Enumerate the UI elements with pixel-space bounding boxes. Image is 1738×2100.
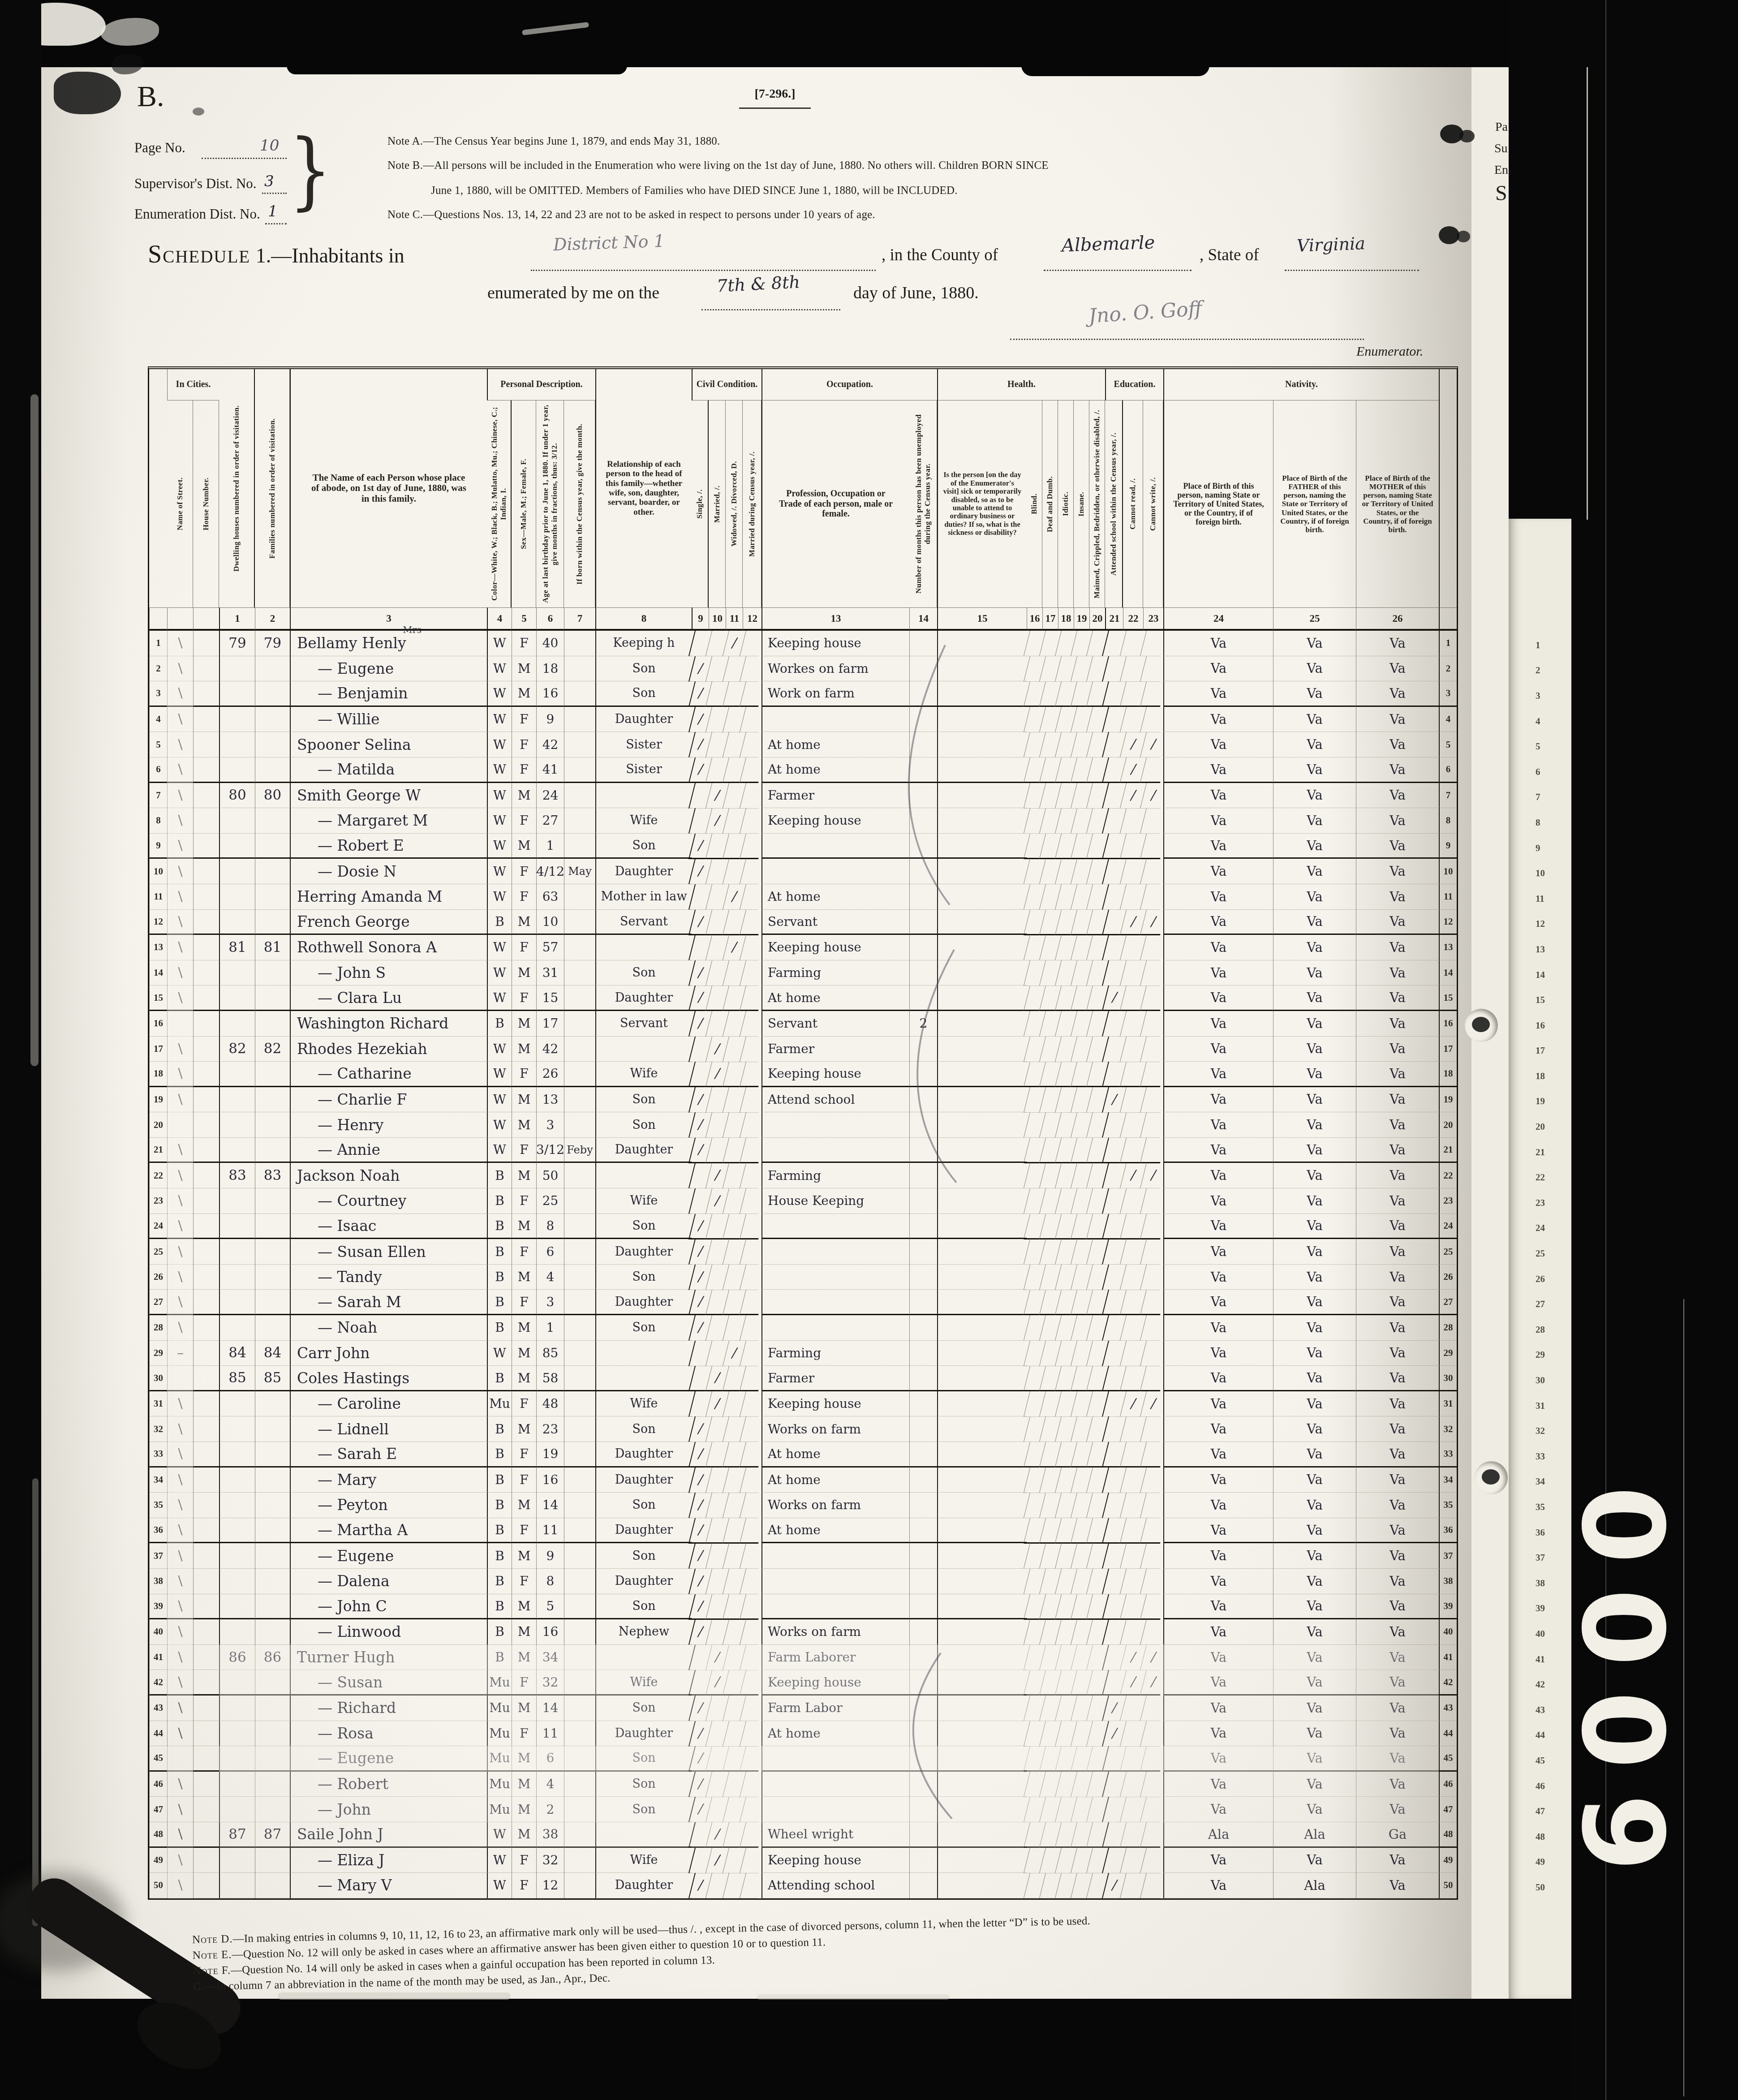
cell-fam-row19 [255,1087,290,1113]
cell-mbp-row7: Va [1356,783,1439,809]
cell-rel-row35: Son [595,1493,692,1518]
form-code: [7-296.] [735,87,815,101]
cell-name-row15: — Clara Lu [290,985,487,1011]
cell-age-row46: 4 [536,1772,564,1797]
cell-color-row39: B [487,1594,512,1620]
cell-blank-row31 [193,1391,219,1417]
cell-tick-row11: \ [167,884,193,910]
cell-dw-row28 [219,1315,255,1341]
cell-sex-row15: F [512,985,536,1011]
cell-dw-row47 [219,1797,255,1822]
col-dwelling-head: Dwelling houses numbered in order of vis… [219,369,255,607]
cell-blank-row29 [193,1341,219,1366]
cell-age-row38: 8 [536,1569,564,1594]
cell-blank-row39 [193,1594,219,1620]
sliver-row-number: 43 [1536,1697,1545,1723]
cell-n-row14: 14 [1439,960,1457,986]
cell-age-row3: 16 [536,681,564,707]
cell-n-row50: 50 [149,1873,167,1898]
cell-name-row5: Spooner Selina [290,732,487,757]
cell-n-row15: 15 [1439,985,1457,1011]
column-number: 22 [1123,607,1143,631]
cell-n-row26: 26 [1439,1265,1457,1290]
cell-n-row24: 24 [1439,1214,1457,1239]
column-number [193,607,219,631]
cell-sex-row32: M [512,1416,536,1442]
cell-n-row13: 13 [1439,935,1457,960]
cell-fam-row47 [255,1797,290,1822]
cell-fbp-row32: Va [1273,1416,1356,1442]
column-number: 20 [1089,607,1105,631]
cell-sex-row5: F [512,732,536,757]
cell-age-row35: 14 [536,1493,564,1518]
col-blind-head: Blind. [1027,400,1042,607]
cell-color-row9: W [487,834,512,859]
cell-fam-row6 [255,757,290,783]
cell-dw-row35 [219,1493,255,1518]
next-page-fragment-1: Pa [1495,120,1508,134]
cell-blank-row27 [193,1290,219,1315]
cell-age-row16: 17 [536,1011,564,1037]
cell-name-row26: — Tandy [290,1265,487,1290]
cell-fam-row13: 81 [255,935,290,960]
cell-mo-row20 [564,1112,595,1138]
cell-fam-row33 [255,1442,290,1467]
cell-bp-row24: Va [1163,1214,1273,1239]
cell-mbp-row42: Va [1356,1670,1439,1695]
cell-rel-row36: Daughter [595,1518,692,1544]
punch-hole-center [1482,1469,1500,1485]
sliver-row-number: 36 [1536,1520,1545,1545]
cell-age-row15: 15 [536,985,564,1011]
cell-mo-row49 [564,1848,595,1873]
pen-flourish [878,636,1012,1846]
county-line [1044,270,1192,271]
cell-mbp-row43: Va [1356,1695,1439,1721]
sliver-row-number: 37 [1536,1545,1545,1571]
cell-dw-row45 [219,1746,255,1772]
sliver-row-number: 23 [1536,1190,1545,1216]
cell-n-row4: 4 [1439,707,1457,732]
cell-blank-row50 [193,1873,219,1898]
cell-fbp-row36: Va [1273,1518,1356,1544]
sliver-row-number: 1 [1536,633,1545,658]
cell-mbp-row5: Va [1356,732,1439,757]
cell-sex-row22: M [512,1163,536,1188]
cell-mo-row12 [564,910,595,935]
note-e-label: Note E. [193,1949,232,1962]
cell-age-row1: 40 [536,631,564,656]
column-number: 24 [1163,607,1273,631]
group-health: Health. [937,369,1105,400]
cell-fbp-row15: Va [1273,985,1356,1011]
cell-fam-row35 [255,1493,290,1518]
cell-color-row49: W [487,1848,512,1873]
cell-tick-row27: \ [167,1290,193,1315]
film-reel-number: 6000 [1545,1420,1707,1913]
cell-sex-row33: F [512,1442,536,1467]
cell-fam-row18 [255,1062,290,1087]
cell-n-row11: 11 [149,884,167,910]
cell-mo-row9 [564,834,595,859]
cell-age-row29: 85 [536,1341,564,1366]
cell-sex-row4: F [512,707,536,732]
cell-n-row12: 12 [1439,910,1457,935]
cell-mo-row42 [564,1670,595,1695]
cell-blank-row38 [193,1569,219,1594]
cell-mo-row40 [564,1619,595,1645]
cell-age-row36: 11 [536,1518,564,1544]
cell-mbp-row45: Va [1356,1746,1439,1772]
cell-fam-row20 [255,1112,290,1138]
cell-age-row26: 4 [536,1265,564,1290]
cell-dw-row5 [219,732,255,757]
cell-n-row5: 5 [149,732,167,757]
cell-n-row19: 19 [1439,1087,1457,1113]
cell-mbp-row26: Va [1356,1265,1439,1290]
cell-mo-row33 [564,1442,595,1467]
cell-sex-row38: F [512,1569,536,1594]
cell-color-row45: Mu [487,1746,512,1772]
torn-edge-highlight [30,394,39,1066]
cell-age-row44: 11 [536,1721,564,1747]
cell-age-row31: 48 [536,1391,564,1417]
cell-tick-row4: \ [167,707,193,732]
cell-bp-row1: Va [1163,631,1273,656]
cell-age-row49: 32 [536,1848,564,1873]
cell-fbp-row14: Va [1273,960,1356,986]
cell-n-row17: 17 [1439,1037,1457,1062]
sliver-row-number: 21 [1536,1140,1545,1165]
sliver-row-number: 33 [1536,1444,1545,1469]
cell-color-row50: W [487,1873,512,1898]
fastener-mark [1439,226,1459,244]
col-insane-head: Insane. [1074,400,1089,607]
cell-color-row31: Mu [487,1391,512,1417]
cell-rel-row32: Son [595,1416,692,1442]
cell-n-row20: 20 [149,1112,167,1138]
cell-mbp-row6: Va [1356,757,1439,783]
cell-sex-row10: F [512,859,536,884]
supervisor-dist-label: Supervisor's Dist. No. [134,176,257,192]
cell-sex-row7: M [512,783,536,809]
cell-name-row14: — John S [290,960,487,986]
cell-sex-row3: M [512,681,536,707]
cell-tick-row12: \ [167,910,193,935]
cell-n-row39: 39 [1439,1594,1457,1620]
cell-tick-row22: \ [167,1163,193,1188]
cell-n-row38: 38 [1439,1569,1457,1594]
cell-mo-row47 [564,1797,595,1822]
cell-fbp-row18: Va [1273,1062,1356,1087]
cell-n-row3: 3 [1439,681,1457,707]
cell-tick-row23: \ [167,1188,193,1214]
cell-fbp-row49: Va [1273,1848,1356,1873]
cell-n-row45: 45 [149,1746,167,1772]
cell-blank-row3 [193,681,219,707]
cell-mo-row43 [564,1695,595,1721]
cell-blank-row16 [193,1011,219,1037]
cell-tick-row41: \ [167,1645,193,1670]
cell-fam-row17: 82 [255,1037,290,1062]
cell-fam-row24 [255,1214,290,1239]
cell-fam-row10 [255,859,290,884]
cell-bp-row5: Va [1163,732,1273,757]
cell-sex-row40: M [512,1619,536,1645]
cell-sex-row20: M [512,1112,536,1138]
cell-fbp-row25: Va [1273,1239,1356,1265]
cell-fbp-row7: Va [1273,783,1356,809]
cell-dw-row6 [219,757,255,783]
cell-n-row34: 34 [1439,1467,1457,1493]
cell-mbp-row29: Va [1356,1341,1439,1366]
cell-blank-row9 [193,834,219,859]
cell-mbp-row27: Va [1356,1290,1439,1315]
cell-name-row46: — Robert [290,1772,487,1797]
cell-sex-row44: F [512,1721,536,1747]
cell-tick-row37: \ [167,1543,193,1569]
group-in-cities: In Cities. [167,369,219,400]
cell-dw-row24 [219,1214,255,1239]
cell-blank-row4 [193,707,219,732]
cell-bp-row48: Ala [1163,1822,1273,1848]
cell-name-row6: — Matilda [290,757,487,783]
cell-mbp-row10: Va [1356,859,1439,884]
cell-color-row10: W [487,859,512,884]
cell-fam-row7: 80 [255,783,290,809]
cell-bp-row32: Va [1163,1416,1273,1442]
sliver-row-number: 5 [1536,734,1545,759]
cell-dw-row8 [219,808,255,834]
cell-bp-row50: Va [1163,1873,1273,1898]
cell-dw-row43 [219,1695,255,1721]
sliver-row-number: 50 [1536,1875,1545,1900]
col-cannot-read-head: Cannot read, /. [1123,400,1143,607]
ink-blotch [54,72,121,114]
cell-fbp-row43: Va [1273,1695,1356,1721]
cell-fbp-row6: Va [1273,757,1356,783]
cell-n-row10: 10 [149,859,167,884]
cell-mo-row50 [564,1873,595,1898]
cell-tick-row43: \ [167,1695,193,1721]
cell-n-row6: 6 [149,757,167,783]
cell-n-row18: 18 [1439,1062,1457,1087]
cell-fbp-row22: Va [1273,1163,1356,1188]
cell-n-row27: 27 [1439,1290,1457,1315]
column-number: 18 [1058,607,1074,631]
enumeration-dist-value: 1 [268,202,278,220]
cell-color-row35: B [487,1493,512,1518]
cell-mbp-row31: Va [1356,1391,1439,1417]
cell-fbp-row33: Va [1273,1442,1356,1467]
torn-edge-highlight [32,1478,39,1926]
cell-bp-row28: Va [1163,1315,1273,1341]
cell-bp-row13: Va [1163,935,1273,960]
cell-rel-row20: Son [595,1112,692,1138]
note-d-label: Note D. [192,1933,233,1946]
cell-age-row48: 38 [536,1822,564,1848]
cell-age-row30: 58 [536,1366,564,1391]
cell-fam-row15 [255,985,290,1011]
cell-name-row12: French George [290,910,487,935]
cell-color-row40: B [487,1619,512,1645]
cell-n-row16: 16 [149,1011,167,1037]
cell-blank-row26 [193,1265,219,1290]
cell-bp-row15: Va [1163,985,1273,1011]
cell-mbp-row36: Va [1356,1518,1439,1544]
cell-age-row7: 24 [536,783,564,809]
cell-color-row42: Mu [487,1670,512,1695]
cell-color-row33: B [487,1442,512,1467]
cell-fam-row16 [255,1011,290,1037]
sliver-row-number: 9 [1536,835,1545,861]
page-no-value: 10 [260,137,279,155]
rownum-right-head [1439,369,1457,631]
cell-rel-row9: Son [595,834,692,859]
cell-mbp-row19: Va [1356,1087,1439,1113]
cell-rel-row25: Daughter [595,1239,692,1265]
cell-dw-row22: 83 [219,1163,255,1188]
cell-mo-row31 [564,1391,595,1417]
cell-mbp-row39: Va [1356,1594,1439,1620]
cell-fbp-row2: Va [1273,656,1356,682]
cell-n-row33: 33 [1439,1442,1457,1467]
cell-fbp-row40: Va [1273,1619,1356,1645]
cell-mo-row13 [564,935,595,960]
col-sex-head: Sex—Male, M.; Female, F. [512,400,536,607]
cell-age-row14: 31 [536,960,564,986]
cell-n-row34: 34 [149,1467,167,1493]
cell-n-row7: 7 [149,783,167,809]
district-value: District No 1 [553,231,665,255]
cell-name-row41: Turner Hugh [290,1645,487,1670]
group-education: Education. [1105,369,1163,400]
cell-n-row11: 11 [1439,884,1457,910]
cell-rel-row26: Son [595,1265,692,1290]
cell-color-row2: W [487,656,512,682]
cell-fam-row30: 85 [255,1366,290,1391]
cell-fam-row50 [255,1873,290,1898]
cell-fam-row12 [255,910,290,935]
cell-sex-row26: M [512,1265,536,1290]
cell-fam-row48: 87 [255,1822,290,1848]
cell-fam-row29: 84 [255,1341,290,1366]
cell-n-row21: 21 [1439,1138,1457,1163]
sliver-row-number: 25 [1536,1241,1545,1266]
cell-sex-row16: M [512,1011,536,1037]
cell-mbp-row11: Va [1356,884,1439,910]
cell-color-row1: W [487,631,512,656]
county-value: Albemarle [1061,232,1155,256]
cell-rel-row19: Son [595,1087,692,1113]
cell-name-row42: — Susan [290,1670,487,1695]
cell-mbp-row9: Va [1356,834,1439,859]
county-label: , in the County of [882,245,998,265]
cell-color-row8: W [487,808,512,834]
cell-age-row25: 6 [536,1239,564,1265]
col-deaf-head: Deaf and Dumb. [1042,400,1058,607]
page-no-label: Page No. [134,140,185,156]
cell-rel-row47: Son [595,1797,692,1822]
cell-dw-row34 [219,1467,255,1493]
cell-rel-row21: Daughter [595,1138,692,1163]
cell-n-row20: 20 [1439,1112,1457,1138]
cell-name-row10: — Dosie N [290,859,487,884]
cell-blank-row25 [193,1239,219,1265]
film-bottom-band [0,1999,1738,2100]
cell-age-row28: 1 [536,1315,564,1341]
column-number: 3 [290,607,487,631]
cell-rel-row43: Son [595,1695,692,1721]
cell-n-row37: 37 [1439,1543,1457,1569]
col-father-bp-head: Place of Birth of the FATHER of this per… [1273,400,1356,607]
cell-bp-row40: Va [1163,1619,1273,1645]
column-number: 16 [1027,607,1042,631]
cell-mo-row6 [564,757,595,783]
sliver-row-number: 19 [1536,1089,1545,1115]
cell-name-row22: Jackson Noah [290,1163,487,1188]
cell-name-row40: — Linwood [290,1619,487,1645]
cell-n-row45: 45 [1439,1746,1457,1772]
cell-dw-row29: 84 [219,1341,255,1366]
cell-color-row25: B [487,1239,512,1265]
cell-sex-row42: F [512,1670,536,1695]
cell-fam-row38 [255,1569,290,1594]
cell-n-row46: 46 [1439,1772,1457,1797]
cell-rel-row5: Sister [595,732,692,757]
col-occupation-head: Profession, Occupation or Trade of each … [761,400,909,607]
cell-mbp-row35: Va [1356,1493,1439,1518]
column-number [1439,607,1457,631]
cell-bp-row41: Va [1163,1645,1273,1670]
cell-bp-row45: Va [1163,1746,1273,1772]
cell-rel-row22 [595,1163,692,1188]
cell-fbp-row31: Va [1273,1391,1356,1417]
fastener-mark [1459,130,1475,142]
cell-dw-row39 [219,1594,255,1620]
cell-color-row30: B [487,1366,512,1391]
cell-mo-row7 [564,783,595,809]
col-single-head: Single, /. [692,400,709,607]
note-g-label: G. [193,1980,205,1993]
cell-mo-row18 [564,1062,595,1087]
cell-tick-row26: \ [167,1265,193,1290]
cell-mo-row44 [564,1721,595,1747]
sliver-row-number: 38 [1536,1571,1545,1596]
cell-fbp-row34: Va [1273,1467,1356,1493]
cell-dw-row49 [219,1848,255,1873]
sliver-row-number: 48 [1536,1824,1545,1850]
cell-tick-row16 [167,1011,193,1037]
cell-bp-row21: Va [1163,1138,1273,1163]
cell-name-row27: — Sarah M [290,1290,487,1315]
cell-bp-row43: Va [1163,1695,1273,1721]
cell-dw-row15 [219,985,255,1011]
cell-blank-row28 [193,1315,219,1341]
cell-fbp-row4: Va [1273,707,1356,732]
cell-rel-row7 [595,783,692,809]
cell-blank-row35 [193,1493,219,1518]
cell-mo-row37 [564,1543,595,1569]
cell-age-row19: 13 [536,1087,564,1113]
cell-color-row4: W [487,707,512,732]
cell-rel-row48 [595,1822,692,1848]
cell-name-row16: Washington Richard [290,1011,487,1037]
cell-fbp-row38: Va [1273,1569,1356,1594]
cell-mo-row15 [564,985,595,1011]
col-maimed-head: Maimed, Crippled, Bedridden, or otherwis… [1089,400,1105,607]
cell-rel-row10: Daughter [595,859,692,884]
